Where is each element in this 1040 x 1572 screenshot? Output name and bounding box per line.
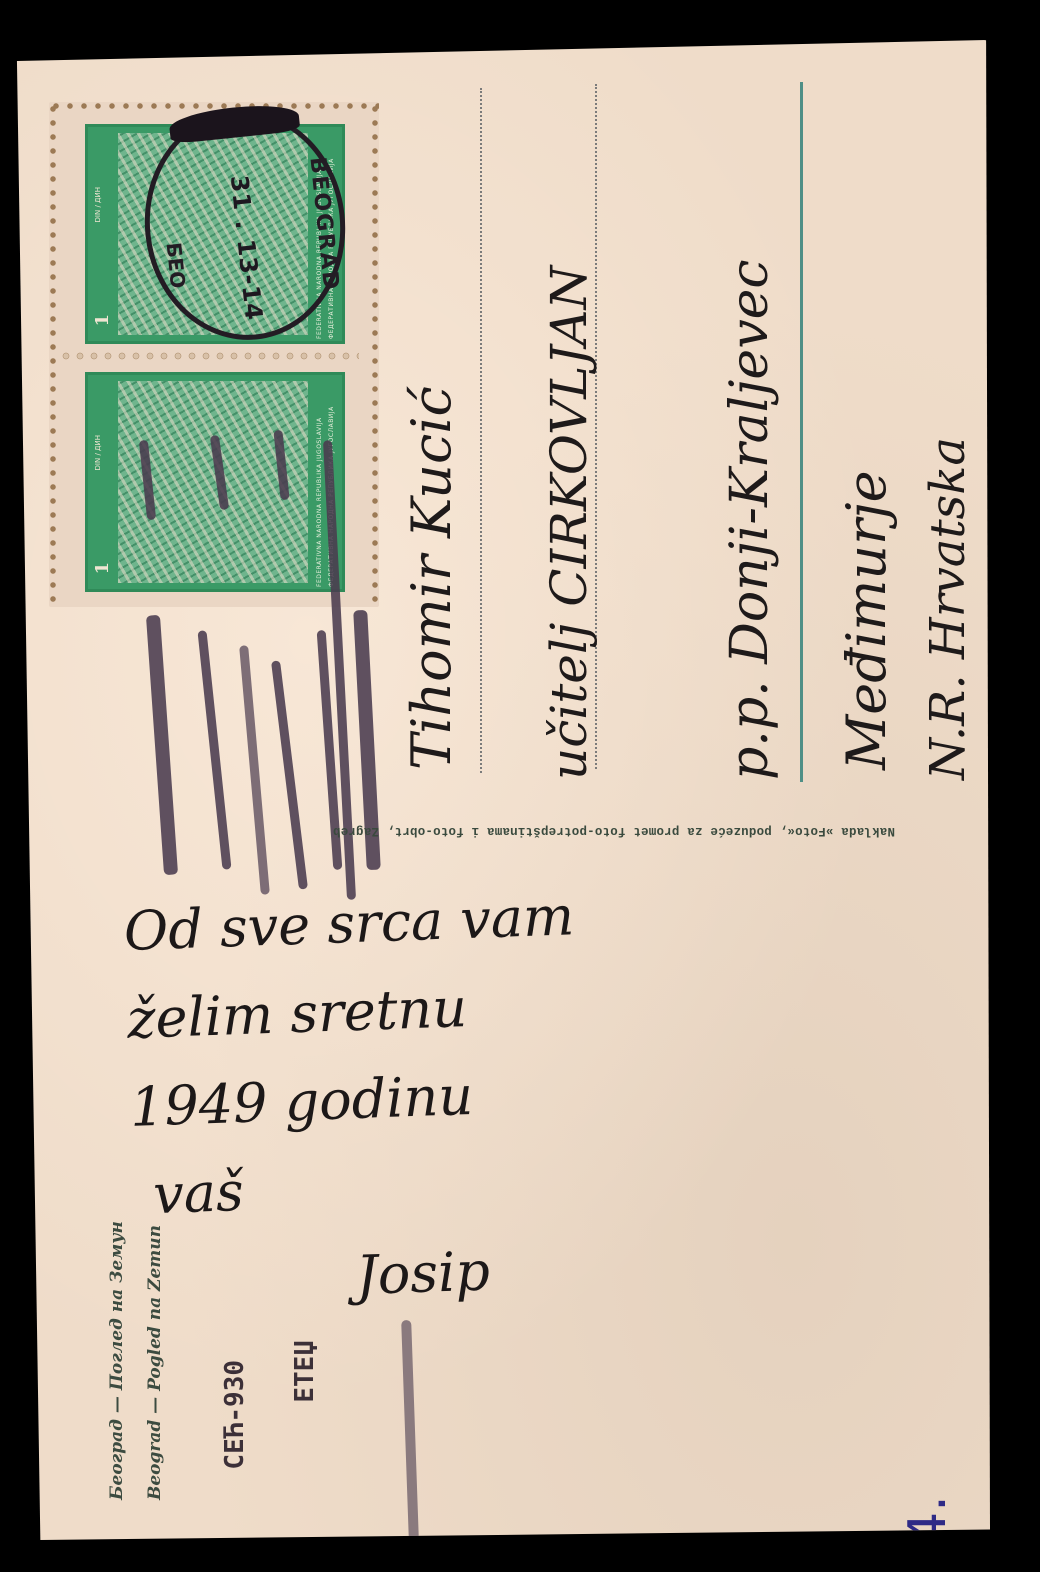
address-line-4: Međimurje: [835, 170, 898, 770]
cancel-slogan-2: ЕТЕЏ: [290, 1340, 320, 1403]
address-line-1: Tihomir Kucić: [400, 130, 463, 770]
message-line: vaš: [132, 1136, 585, 1240]
message-line: 1949 godinu: [129, 1048, 582, 1152]
cancel-slogan-1: СЕЋ-930: [220, 1360, 250, 1470]
stamp-unit: DIN / ДИН: [94, 187, 102, 222]
caption-cyrillic: Београд — Поглед на Земун: [107, 1025, 127, 1500]
address-line-3: p.p. Donji-Kraljevec: [720, 80, 780, 780]
message-line: želim sretnu: [126, 960, 579, 1064]
stamp-value: 1: [92, 562, 116, 575]
postage-stamp: 1 DIN / ДИН FEDERATIVNA NARODNA REPUBLIK…: [85, 372, 345, 592]
postcard: 1 DIN / ДИН FEDERATIVNA NARODNA REPUBLIK…: [15, 40, 990, 1540]
perforation-right: [371, 102, 379, 607]
caption-latin: Beograd — Pogled na Zemun: [145, 1025, 165, 1500]
address-line-5: N.R. Hrvatska: [920, 180, 976, 780]
perforation-middle: [59, 352, 359, 360]
address-guide-line: [480, 88, 482, 773]
stamp-unit: DIN / ДИН: [94, 435, 102, 470]
message-signature: Josip: [135, 1224, 588, 1328]
postmark-city-fragment: БЕО: [162, 241, 191, 289]
postmark-date: 31 . 13-14: [225, 174, 268, 322]
message-line: Od sve srca vam: [122, 872, 575, 976]
address-guide-line: [800, 82, 803, 782]
perforation-left: [49, 102, 57, 607]
address-line-2: učitelj CIRKOVLJAN: [540, 80, 598, 780]
perforation-top: [49, 102, 379, 110]
stamp-value: 1: [92, 314, 116, 327]
handwritten-message: Od sve srca vam želim sretnu 1949 godinu…: [122, 872, 587, 1327]
pencil-number: 4.: [898, 1495, 958, 1545]
publisher-imprint: Naklada »Foto«, poduzeće za promet foto-…: [165, 824, 895, 838]
